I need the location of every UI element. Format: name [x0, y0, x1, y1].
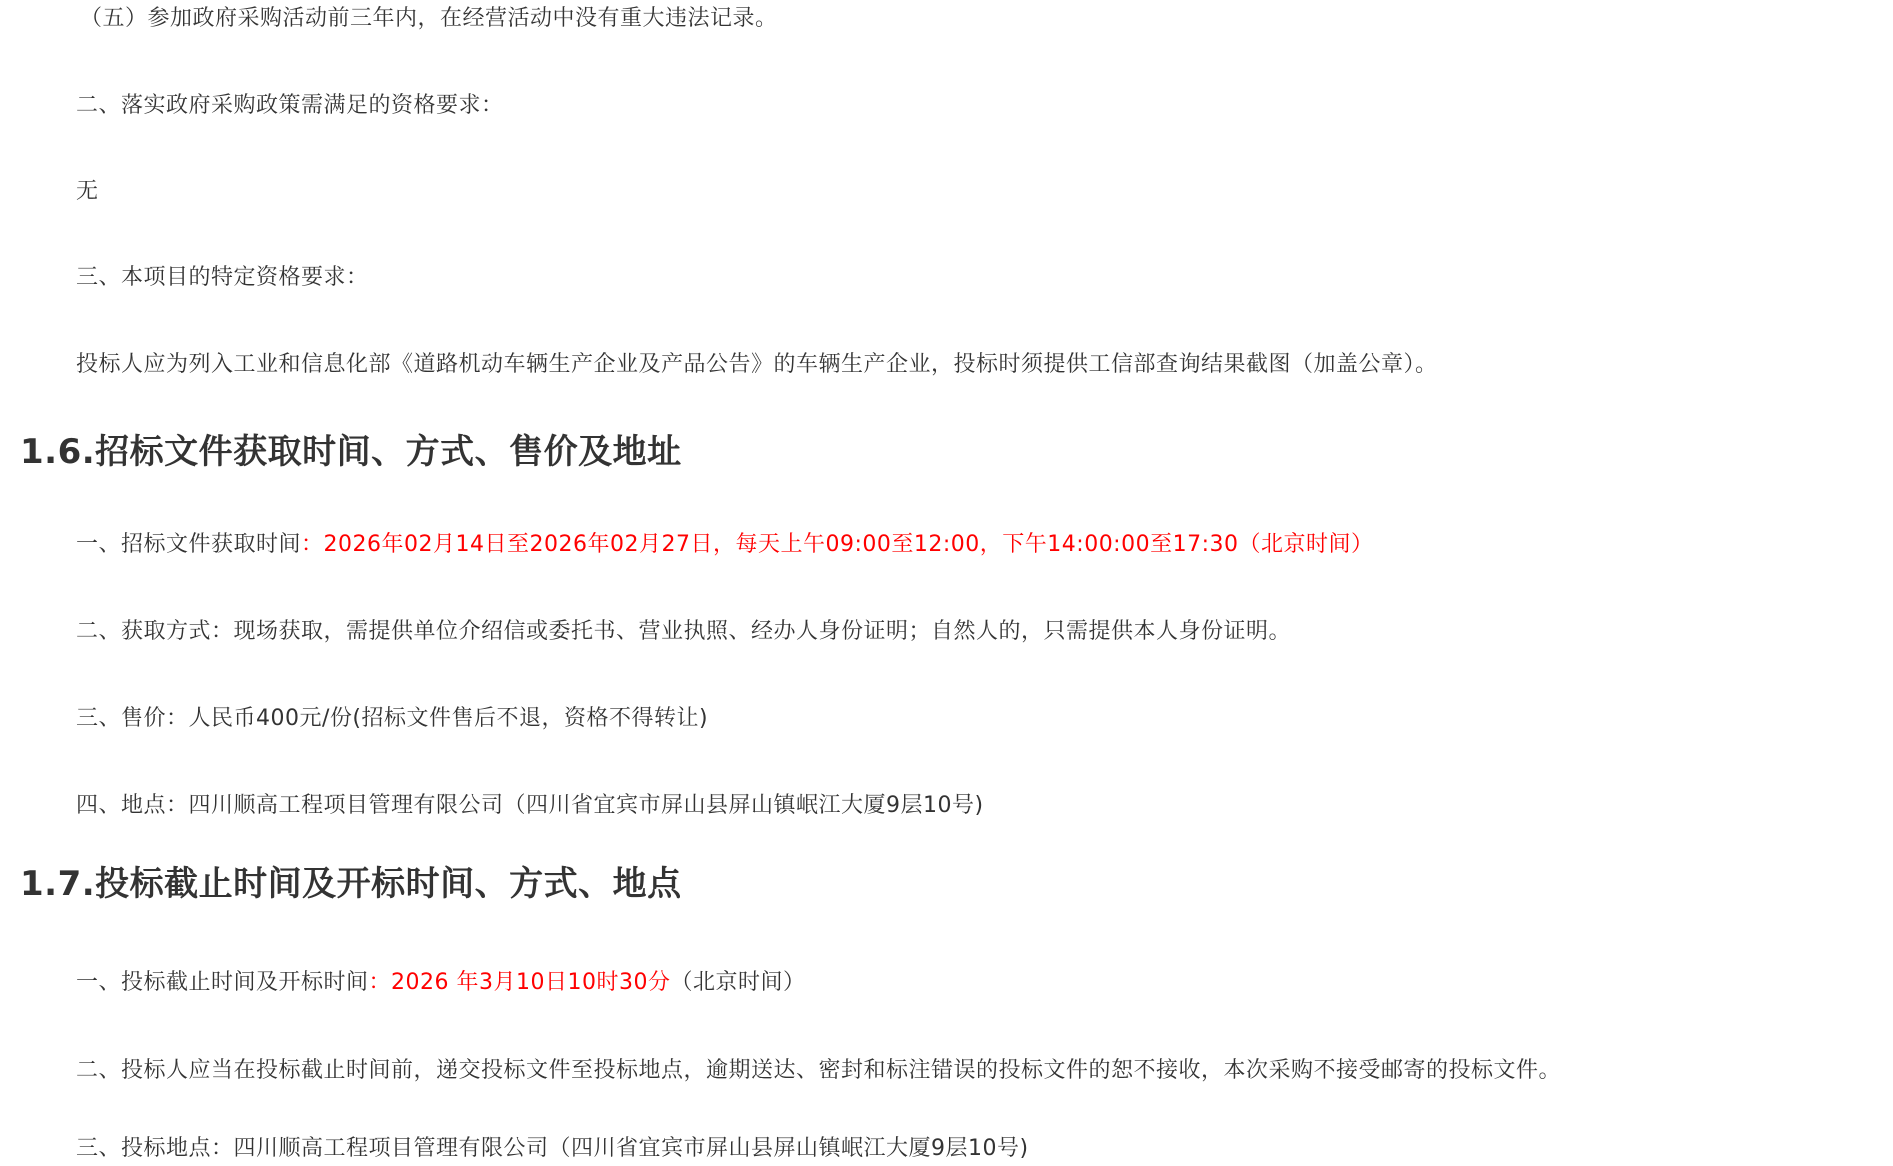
policy-requirements-title: 二、落实政府采购政策需满足的资格要求： [76, 91, 504, 121]
bid-location: 三、投标地点：四川顺高工程项目管理有限公司（四川省宜宾市屏山县屏山镇岷江大厦9层… [76, 1134, 1029, 1164]
doc-acquisition-time: 一、招标文件获取时间：2026年02月14日至2026年02月27日，每天上午0… [76, 530, 1374, 560]
specific-requirements-title: 三、本项目的特定资格要求： [76, 263, 369, 293]
doc-acquisition-time-label: 一、招标文件获取时间 [76, 532, 301, 557]
doc-acquisition-method: 二、获取方式：现场获取，需提供单位介绍信或委托书、营业执照、经办人身份证明；自然… [76, 617, 1291, 647]
specific-requirements-value: 投标人应为列入工业和信息化部《道路机动车辆生产企业及产品公告》的车辆生产企业，投… [76, 350, 1438, 380]
section-heading-1-7: 1.7.投标截止时间及开标时间、方式、地点 [20, 862, 682, 906]
doc-acquisition-time-colon: ： [301, 532, 324, 557]
bid-deadline-colon: ： [369, 970, 392, 995]
doc-location: 四、地点：四川顺高工程项目管理有限公司（四川省宜宾市屏山县屏山镇岷江大厦9层10… [76, 791, 984, 821]
qualification-item-5: （五）参加政府采购活动前三年内，在经营活动中没有重大违法记录。 [80, 4, 778, 34]
bid-deadline-label: 一、投标截止时间及开标时间 [76, 970, 369, 995]
policy-requirements-value: 无 [76, 177, 99, 207]
bid-submission-rules: 二、投标人应当在投标截止时间前，递交投标文件至投标地点，逾期送达、密封和标注错误… [76, 1056, 1561, 1086]
bid-deadline-time: 一、投标截止时间及开标时间：2026 年3月10日10时30分（北京时间） [76, 968, 806, 998]
doc-acquisition-time-value: 2026年02月14日至2026年02月27日，每天上午09:00至12:00，… [324, 532, 1374, 557]
doc-price: 三、售价：人民币400元/份(招标文件售后不退，资格不得转让) [76, 704, 708, 734]
bid-deadline-timezone: （北京时间） [671, 970, 806, 995]
section-heading-1-6: 1.6.招标文件获取时间、方式、售价及地址 [20, 430, 682, 474]
bid-deadline-value: 2026 年3月10日10时30分 [391, 970, 670, 995]
